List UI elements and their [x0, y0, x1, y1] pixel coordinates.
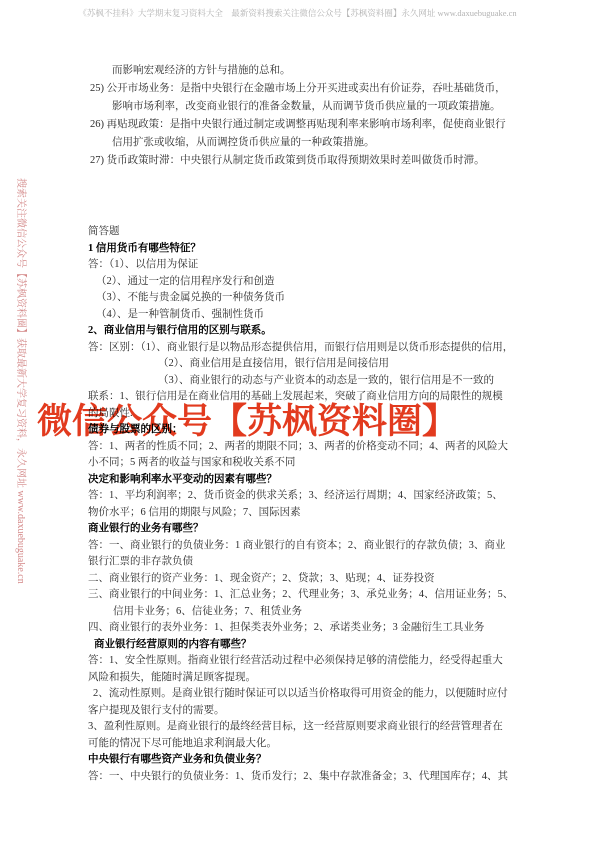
text-line: 27) 货币政策时滞：中央银行从制定货币政策到货币取得预期效果时差叫做货币时滞。 — [90, 152, 520, 170]
text-line: 银行汇票的非存款负债 — [88, 554, 524, 571]
text-line: 中央银行有哪些资产业务和负债业务？ — [88, 752, 524, 769]
text-line: 答：（1）、以信用为保证 — [88, 257, 524, 274]
text-line: 答：1、平均利润率；2、货币资金的供求关系；3、经济运行周期；4、国家经济政策；… — [88, 488, 524, 505]
text-line: （2）、通过一定的信用程序发行和创造 — [88, 274, 524, 291]
watermark-overlay-text: 微信公众号【苏枫资料圈】 — [37, 394, 457, 444]
text-line: 2、流动性原则。是商业银行随时保证可以以适当价格取得可用资金的能力，以便随时应付 — [88, 686, 524, 703]
definitions-block: 而影响宏观经济的方针与措施的总和。25) 公开市场业务：是指中央银行在金融市场上… — [90, 62, 520, 170]
text-line: 风险和损失，能随时满足顾客提现。 — [88, 670, 524, 687]
text-line: 答：一、中央银行的负债业务：1、货币发行；2、集中存款准备金；3、代理国库存；4… — [88, 769, 524, 786]
text-line: （3）、商业银行的动态与产业资本的动态是一致的，银行信用是不一致的 — [88, 373, 524, 390]
text-line: 四、商业银行的表外业务：1、担保类表外业务；2、承诺类业务；3 金融衍生工具业务 — [88, 620, 524, 637]
text-line: 25) 公开市场业务：是指中央银行在金融市场上分开买进或卖出有价证券，吞吐基础货… — [90, 80, 520, 98]
text-line: 影响市场利率，改变商业银行的准备金数量，从而调节货币供应量的一项政策措施。 — [90, 98, 520, 116]
page-header-text: 《苏枫不挂科》大学期末复习资料大全 最新资料搜索关注微信公众号【苏枫资料圈】永久… — [0, 7, 595, 19]
text-line: 2、商业信用与银行信用的区别与联系。 — [88, 323, 524, 340]
text-line: 小不同；5 两者的收益与国家和税收关系不同 — [88, 455, 524, 472]
text-line: 决定和影响利率水平变动的因素有哪些？ — [88, 472, 524, 489]
text-line: 26) 再贴现政策：是指中央银行通过制定或调整再贴现利率来影响市场利率，促使商业… — [90, 116, 520, 134]
text-line: 答：区别：（1）、商业银行是以物品形态提供信用，而银行信用则是以货币形态提供的信… — [88, 340, 524, 357]
text-line: 信用扩张或收缩，从而调控货币供应量的一种政策措施。 — [90, 134, 520, 152]
text-line: （4）、是一种管制货币、强制性货币 — [88, 307, 524, 324]
text-line: 三、商业银行的中间业务：1、汇总业务；2、代理业务；3、承兑业务；4、信用证业务… — [88, 587, 524, 604]
text-line: （2）、商业信用是直接信用，银行信用是间接信用 — [88, 356, 524, 373]
text-line: 3、盈利性原则。是商业银行的最终经营目标，这一经营原则要求商业银行的经营管理者在 — [88, 719, 524, 736]
text-line: 客户提现及银行支付的需要。 — [88, 703, 524, 720]
text-line: 商业银行的业务有哪些？ — [88, 521, 524, 538]
text-line: （3）、不能与贵金属兑换的一种债务货币 — [88, 290, 524, 307]
text-line: 而影响宏观经济的方针与措施的总和。 — [90, 62, 520, 80]
text-line: 简答题 — [88, 224, 524, 241]
document-page: 《苏枫不挂科》大学期末复习资料大全 最新资料搜索关注微信公众号【苏枫资料圈】永久… — [0, 0, 595, 842]
text-line: 物价水平；6 信用的期限与风险；7、国际因素 — [88, 505, 524, 522]
text-line: 1 信用货币有哪些特征？ — [88, 241, 524, 258]
text-line: 可能的情况下尽可能地追求利润最大化。 — [88, 736, 524, 753]
text-line: 商业银行经营原则的内容有哪些？ — [88, 637, 524, 654]
text-line: 信用卡业务；6、信徒业务；7、租赁业务 — [88, 604, 524, 621]
text-line: 答：1、安全性原则。指商业银行经营活动过程中必须保持足够的清偿能力，经受得起重大 — [88, 653, 524, 670]
text-line: 答：一、商业银行的负债业务：1 商业银行的自有资本；2、商业银行的存款负债；3、… — [88, 538, 524, 555]
text-line: 二、商业银行的资产业务：1、现金资产；2、贷款；3、贴现；4、证券投资 — [88, 571, 524, 588]
side-watermark-text: 搜索关注微信公众号【苏枫资料圈】获取最新大学复习资料，永久网址 www.daxu… — [15, 178, 30, 584]
qa-block: 简答题1 信用货币有哪些特征？答：（1）、以信用为保证（2）、通过一定的信用程序… — [88, 224, 524, 785]
